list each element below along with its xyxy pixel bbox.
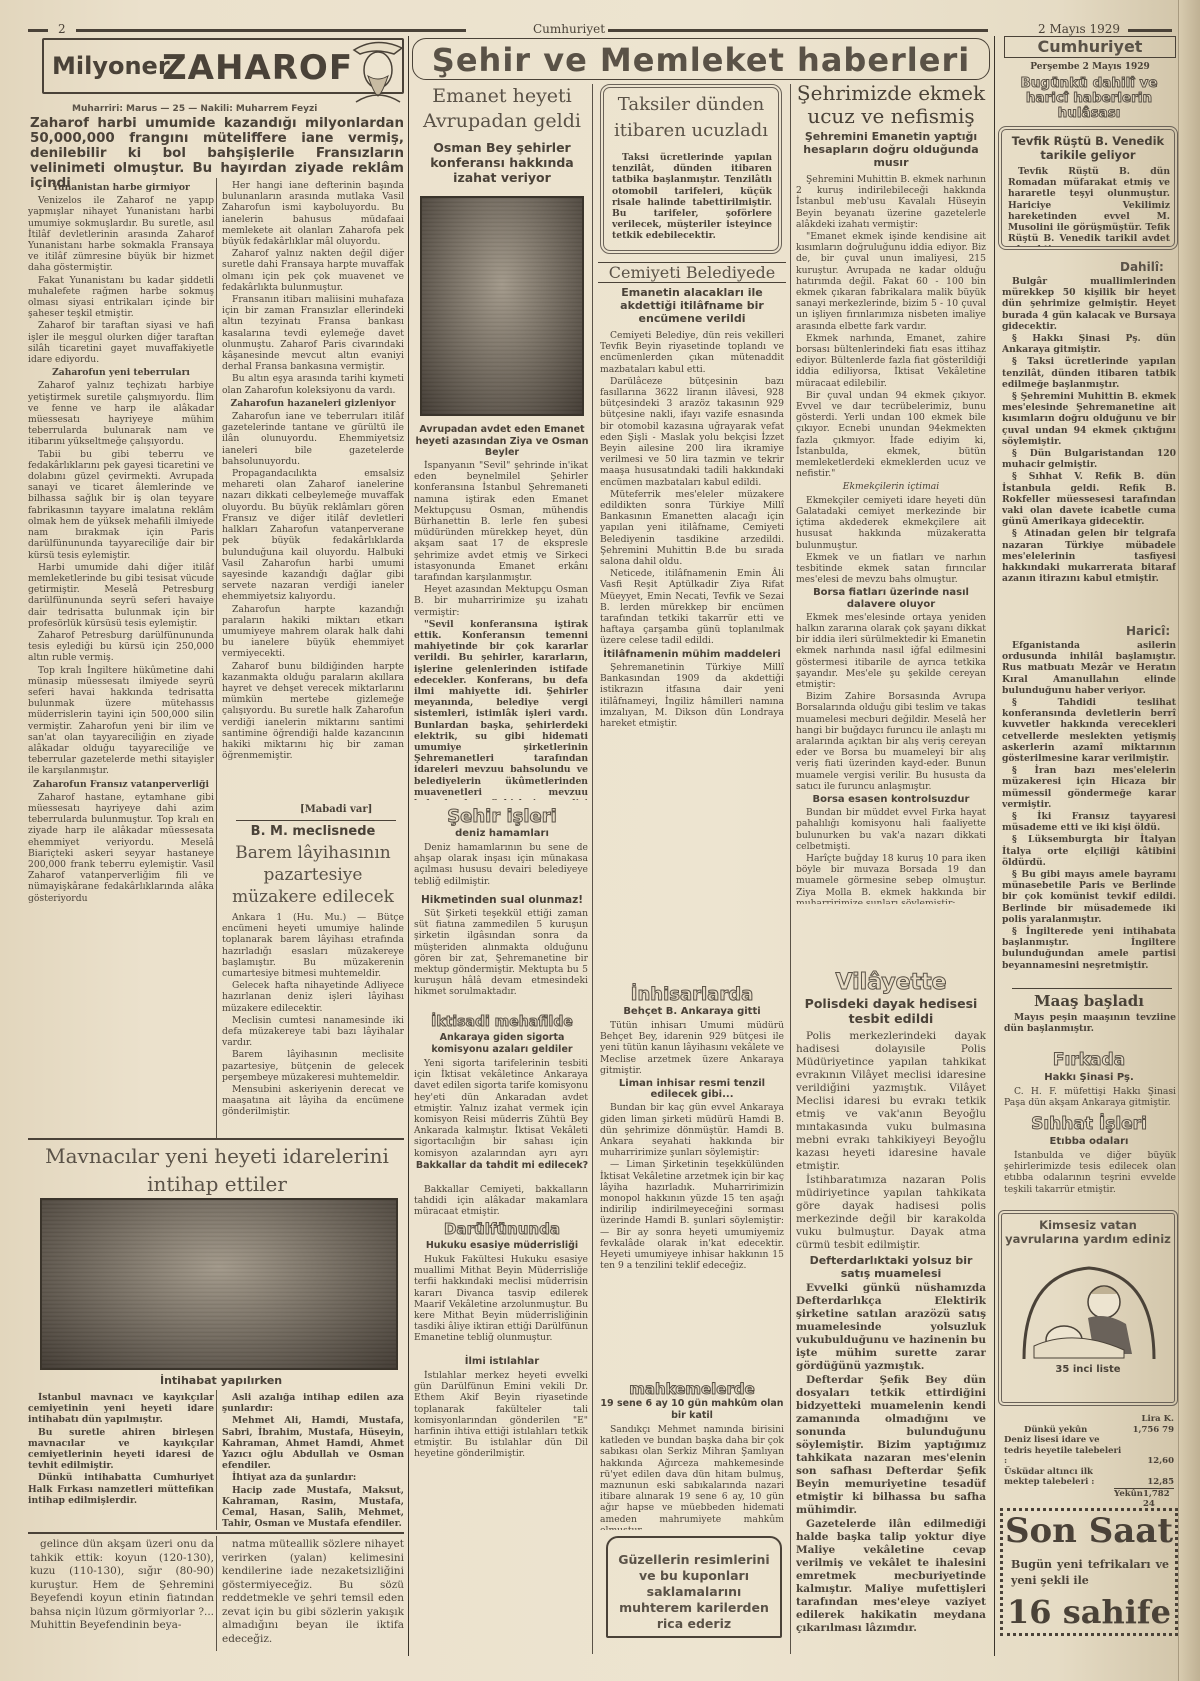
donation-total-row: Yekûn 1,782 24 xyxy=(1114,1488,1174,1510)
column-divider xyxy=(216,1536,217,1651)
donation-row: Deniz lisesi idare ve tedris heyetile ta… xyxy=(1004,1435,1174,1467)
ekmek-headline: Şehrimizde ekmek ucuz ve nefismiş xyxy=(794,82,988,128)
vilayette-body: Polis merkezlerindeki dayak hadisesi dol… xyxy=(796,1030,986,1650)
news-item: Bulgâr muallimlerinden mürekkep 50 kişil… xyxy=(1002,276,1176,332)
news-item: § Şehremini Muhittin B. ekmek mes'elesin… xyxy=(1002,391,1176,447)
tevfik-box: Tevfik Rüştü B. Venedik tarikile geliyor… xyxy=(998,126,1178,250)
paragraph: Bakkallar Cemiyeti, bakkalların tahdidi … xyxy=(414,1184,588,1218)
paragraph: Fransanın itibarı maliisini muhafaza içi… xyxy=(222,294,404,372)
running-header: 2 Cumhuriyet 2 Mayıs 1929 xyxy=(28,22,1172,38)
paragraph: Propagandacılıkta emsalsiz mehareti olan… xyxy=(222,468,404,602)
firkada-body: C. H. F. müfettişi Hakkı Şinasi Paşa dün… xyxy=(1004,1086,1176,1112)
bottom-left-column-1: gelince dün akşam üzeri onu da tahkik et… xyxy=(30,1538,214,1658)
emanet-subhead: Osman Bey şehirler konferansı hakkında i… xyxy=(414,140,590,185)
paragraph: Dünkü intihabatta Cumhuriyet Halk Fırkas… xyxy=(28,1472,214,1506)
paragraph: C. H. F. müfettişi Hakkı Şinasi Paşa dün… xyxy=(1004,1086,1176,1108)
subhead: Zaharofun hazaneleri gizleniyor xyxy=(222,398,404,409)
sidebar-title: Bugünkü dahilî ve haricî haberlerin hulâ… xyxy=(1000,76,1178,121)
barem-body: Ankara 1 (Hu. Mu.) — Bütçe encümeni heye… xyxy=(222,912,404,1138)
column-divider xyxy=(216,1390,217,1530)
paragraph: Gazetelerde ilân edilmediği halde başka … xyxy=(796,1518,986,1635)
ilmi-body: İstılahlar merkez heyeti evvelki gün Dar… xyxy=(414,1370,588,1480)
emanet-headline: Emanet heyeti Avrupadan geldi xyxy=(414,84,590,134)
vilayette-banner: Vilâyette xyxy=(794,970,988,995)
mavnacilar-left: İstanbul mavnacı ve kayıkçılar cemiyetin… xyxy=(28,1392,214,1532)
bakkallar-headline: Bakkallar da tahdit mi edilecek? xyxy=(414,1160,590,1171)
news-item: § Tahdidi teslihat konferansında devletl… xyxy=(1002,697,1176,764)
guzeller-coupon-box: Güzellerin resimlerini ve bu kuponları s… xyxy=(606,1536,782,1638)
reserve-list: Hacip zade Mustafa, Maksut, Kahraman, Ra… xyxy=(222,1485,404,1530)
barem-kicker: B. M. meclisnede xyxy=(222,824,404,839)
mother-child-illustration-icon xyxy=(1014,1254,1164,1364)
continued-note: [Mabadi var] xyxy=(300,804,372,815)
sehir-isleri-banner: Şehir işleri xyxy=(414,806,590,827)
divider xyxy=(28,1532,404,1534)
inhisar-banner: İnhisarlarda xyxy=(598,984,786,1005)
row-label: Üsküdar altıncı ilk mektep talebeleri : xyxy=(1004,1467,1124,1488)
paragraph: Deniz hamamlarının bu sene de ahşap olar… xyxy=(414,842,588,887)
paragraph: Defterdar Şefik Bey dün dosyaları tetkik… xyxy=(796,1374,986,1517)
paragraph: Gelecek hafta nihayetinde Adliyece hazır… xyxy=(222,980,404,1014)
tevfik-headline: Tevfik Rüştü B. Venedik tarikile geliyor xyxy=(1004,134,1172,162)
taksi-body: Taksi ücretlerinde yapılan tenzilât, dün… xyxy=(612,152,772,248)
sihhat-subhead: Etıbba odaları xyxy=(1000,1136,1178,1147)
paragraph: Bizim Zahire Borsasında Avrupa Borsaları… xyxy=(796,691,986,792)
kimsesiz-headline: Kimsesiz vatan yavrularına yardım ediniz xyxy=(1004,1218,1172,1246)
column-divider xyxy=(790,84,791,1654)
portrait-illustration-icon xyxy=(346,36,406,104)
sidebar-date: Perşembe 2 Mayıs 1929 xyxy=(1004,62,1176,72)
banner-large-text: ZAHAROF xyxy=(162,48,353,88)
hikmet-body: Süt Şirketi teşekkül ettiği zaman süt fi… xyxy=(414,908,588,1012)
inhisar-subhead: Behçet B. Ankaraya gitti xyxy=(598,1006,786,1017)
paragraph: Müteferrik mes'eleler müzakere edildikte… xyxy=(600,489,784,567)
paragraph: Zaharof bir taraftan siyasi ve hafi işle… xyxy=(28,320,214,365)
hikmet-headline: Hikmetinden sual olunmaz! xyxy=(414,894,590,906)
sihhat-banner: Sıhhat İşleri xyxy=(1000,1114,1178,1134)
paragraph: "Sevil konferansına iştirak ettik. Konfe… xyxy=(414,619,588,800)
paragraph: Süt Şirketi teşekkül ettiği zaman süt fi… xyxy=(414,908,588,998)
zaharof-column-2: Her hangi iane defterinin başında buluna… xyxy=(222,180,404,780)
mavnacilar-caption: İntihabat yapılırken xyxy=(160,1374,282,1387)
row-amount: 1,756 79 xyxy=(1133,1425,1174,1436)
paragraph: Neticede, itilâfnamenin Emin Âli Vasfi R… xyxy=(600,568,784,646)
son-saat-big: 16 sahife xyxy=(1003,1593,1175,1631)
donation-row: Dünkü yekûn 1,756 79 xyxy=(1004,1425,1174,1436)
paragraph: Bundan bir müddet evvel Fırka hayat paha… xyxy=(796,807,986,852)
taksi-box: Taksiler dünden itibaren ucuzladı Taksi … xyxy=(600,84,782,254)
news-item: § İki Fransız tayyaresi müsademe etti ve… xyxy=(1002,811,1176,833)
subhead: Borsa fiatları üzerinde nasıl dalavere o… xyxy=(796,587,986,609)
masthead-box: Cumhuriyet xyxy=(1004,36,1176,58)
mavnacilar-headline: Mavnacılar yeni heyeti idarelerini intih… xyxy=(40,1142,394,1198)
paragraph: Darülâceze bütçesinin bazı fasıllarına 3… xyxy=(600,376,784,488)
paragraph: Tütün inhisarı Umumi müdürü Behçet Bey, … xyxy=(600,1020,784,1076)
column-divider xyxy=(216,178,217,1138)
news-item: § Atinadan gelen bir telgrafa nazaran Tü… xyxy=(1002,528,1176,584)
column-divider xyxy=(592,84,593,1654)
paragraph: Zaharofun iane ve teberruları itilâf gaz… xyxy=(222,411,404,467)
paragraph: Ankara 1 (Hu. Mu.) — Bütçe encümeni heye… xyxy=(222,912,404,979)
paragraph: Ekmek mes'elesinde ortaya yeniden halkın… xyxy=(796,612,986,690)
harici-list: Efganistanda asilerin ordusunda inhilâl … xyxy=(1002,640,1176,980)
subhead: Zaharofun yeni teberruları xyxy=(28,367,214,378)
running-date: 2 Mayıs 1929 xyxy=(1038,22,1120,36)
subhead: Zaharofun Fransız vatanperverliği xyxy=(28,779,214,790)
paragraph: Her hangi iane defterinin başında buluna… xyxy=(222,180,404,247)
paragraph: Cemiyeti Belediye, dün reis vekilleri Te… xyxy=(600,330,784,375)
paragraph: Yeni sigorta tarifelerinin tesbiti için … xyxy=(414,1058,588,1158)
paragraph: Meclisin cumtesi nanamesinde iki defa mü… xyxy=(222,1015,404,1049)
paragraph: Fakat Yunanistanı bu kadar şiddetli muha… xyxy=(28,275,214,320)
son-saat-title: Son Saat xyxy=(1003,1511,1175,1551)
banner-small-text: Milyoner xyxy=(52,52,170,80)
paragraph: Heyet azasından Mektupçu Osman B. bir mu… xyxy=(414,584,588,618)
iktisadi-banner: İktisadi mehafilde xyxy=(414,1014,590,1030)
kimsesiz-box: Kimsesiz vatan yavrularına yardım ediniz… xyxy=(998,1210,1178,1406)
news-item: § Bu gibi mayıs amele bayramı münasebeti… xyxy=(1002,869,1176,925)
subhead: Ekmekçilerin içtimai xyxy=(796,481,986,492)
subhead: Borsa esasen kontrolsuzdur xyxy=(796,794,986,805)
paragraph: Ekmekçiler cemiyeti idare heyeti dün Gal… xyxy=(796,495,986,551)
paragraph: Tevfik Rüştü B. dün Romadan müfarakat et… xyxy=(1008,166,1170,246)
mavnacilar-right: Asli azalığa intihap edilen aza şunlardı… xyxy=(222,1392,404,1532)
darulfunun-body: Hukuk Fakültesi Hukuku esasiye muallimi … xyxy=(414,1254,588,1354)
son-saat-line: Bugün yeni tefrikaları ve yeni şekli ile xyxy=(1011,1557,1169,1589)
paragraph: Zaharof Petresburg darülfünununda tesis … xyxy=(28,630,214,664)
sehir-isleri-body: Deniz hamamlarının bu sene de ahşap olar… xyxy=(414,842,588,892)
paragraph: Hukuk Fakültesi Hukuku esasiye muallimi … xyxy=(414,1254,588,1344)
section-divider xyxy=(994,36,995,1656)
news-item: § Dün Bulgaristandan 120 muhacir gelmişt… xyxy=(1002,448,1176,470)
emanet-body: İspanyanın "Sevil" şehrinde in'ikat eden… xyxy=(414,460,588,800)
paragraph: Harîçte buğday 18 kuruş 10 para iken böy… xyxy=(796,853,986,904)
donation-row: Üsküdar altıncı ilk mektep talebeleri : … xyxy=(1004,1467,1174,1488)
sehir-banner-title: Şehir ve Memleket haberleri xyxy=(413,41,989,79)
bottom-left-column-2: natma müteallik sözlere nihayet verirken… xyxy=(222,1538,404,1658)
news-item: § Taksi ücretlerinde yapılan tenzilât, d… xyxy=(1002,356,1176,390)
dahili-list: Bulgâr muallimlerinden mürekkep 50 kişil… xyxy=(1002,276,1176,616)
paragraph: Polis merkezlerindeki dayak hadisesi dol… xyxy=(796,1030,986,1173)
zaharof-column-1: Yunanistan harbe girmiyor Venizelos ile … xyxy=(28,180,214,1090)
paragraph: Zaharofun harpte kazandığı paraların hak… xyxy=(222,604,404,660)
currency-header: Lira K. xyxy=(1004,1414,1174,1425)
zaharof-byline: Muharriri: Marus — 25 — Nakili: Muharrem… xyxy=(72,104,317,114)
paragraph: İstılahlar merkez heyeti evvelki gün Dar… xyxy=(414,1370,588,1460)
paragraph: Zaharof bunu bildiğinden harpte kazanmak… xyxy=(222,661,404,762)
mahkeme-subhead: 19 sene 6 ay 10 gün mahkûm olan bir kati… xyxy=(598,1398,786,1421)
iktisadi-body: Yeni sigorta tarifelerinin tesbiti için … xyxy=(414,1058,588,1158)
harici-label: Haricî: xyxy=(1126,624,1170,638)
paragraph: — Liman Şirketinin teşekkülünden İktisat… xyxy=(600,1159,784,1271)
news-item: § Lüksemburgta bir İtalyan İtalya orte e… xyxy=(1002,834,1176,868)
mavnacilar-photo xyxy=(40,1198,398,1370)
subhead: İtilâfnamenin mühim maddeleri xyxy=(600,649,784,660)
news-item: § İran bazı mes'elelerin müzakeresi için… xyxy=(1002,765,1176,810)
paragraph: Ekmek narhında, Emanet, zahire borsası b… xyxy=(796,333,986,389)
total-amount: 1,782 24 xyxy=(1143,1489,1174,1510)
cemiyet-body: Cemiyeti Belediye, dün reis vekilleri Te… xyxy=(600,330,784,730)
paragraph: Ekmek ve un fiatları ve narhın tesbitind… xyxy=(796,552,986,586)
donation-list-title: 35 inci liste xyxy=(1002,1364,1174,1375)
news-item: § İngilterede yeni intihabata başlanmışt… xyxy=(1002,926,1176,971)
son-saat-ad: Son Saat Bugün yeni tefrikaları ve yeni … xyxy=(1000,1508,1178,1636)
paragraph: Bundan bir kaç gün evvel Ankaraya giden … xyxy=(600,1102,784,1158)
running-paper-name: Cumhuriyet xyxy=(533,22,605,36)
row-amount: 12,85 xyxy=(1147,1477,1174,1488)
total-label: Yekûn xyxy=(1114,1489,1143,1510)
cemiyet-banner: Cemiyeti Belediyede xyxy=(598,262,786,283)
emanet-caption: Avrupadan avdet eden Emanet heyeti azası… xyxy=(414,424,590,459)
darulfunun-subhead: Hukuku esasiye müderrisliği xyxy=(414,1240,590,1251)
news-item: Efganistanda asilerin ordusunda inhilâl … xyxy=(1002,640,1176,696)
firkada-subhead: Hakkı Şinasi Pş. xyxy=(1000,1072,1178,1083)
ekmek-subhead: Şehremini Emanetin yaptığı hesapların do… xyxy=(794,130,988,169)
bakkallar-body: Bakkallar Cemiyeti, bakkalların tahdidi … xyxy=(414,1184,588,1220)
emanet-photo xyxy=(420,196,584,416)
section-divider xyxy=(408,36,409,1656)
maas-body: Mayıs peşin maaşının tevziine dün başlan… xyxy=(1004,1012,1176,1038)
donation-table: Lira K. Dünkü yekûn 1,756 79 Deniz lises… xyxy=(1004,1414,1174,1510)
paragraph: Bu suretle ahiren birleşen mavnacılar ve… xyxy=(28,1427,214,1472)
mahkeme-body: Sandıkçı Mehmet namında birisini katlede… xyxy=(600,1424,784,1530)
news-item: § Sıhhat V. Refik B. dün İstanbula geldi… xyxy=(1002,471,1176,527)
paragraph: Tabii bu gibi teberru ve fedakârlıkların… xyxy=(28,449,214,561)
firkada-banner: Fırkada xyxy=(1000,1050,1178,1070)
masthead-title: Cumhuriyet xyxy=(1005,37,1175,56)
paragraph: Taksi ücretlerinde yapılan tenzilât, dün… xyxy=(612,152,772,242)
darulfunun-banner: Darülfünunda xyxy=(414,1220,590,1238)
ilmi-banner: İlmi istılahlar xyxy=(414,1356,590,1367)
sehir-banner: Şehir ve Memleket haberleri xyxy=(412,38,990,80)
paragraph: İspanyanın "Sevil" şehrinde in'ikat eden… xyxy=(414,460,588,583)
paragraph: Barem lâyihasının meclisite pazartesiye,… xyxy=(222,1049,404,1083)
barem-headline: Barem lâyihasının pazartesiye müzakere e… xyxy=(222,842,404,908)
row-label: Deniz lisesi idare ve tedris heyetile ta… xyxy=(1004,1435,1124,1467)
paragraph: Evvelki günkü nüshamızda Defterdarlıkça … xyxy=(796,1282,986,1373)
paragraph: İstanbulda ve diğer büyük şehirlerimizde… xyxy=(1004,1150,1176,1195)
divider xyxy=(28,1138,404,1140)
page-number: 2 xyxy=(58,22,66,36)
paragraph: Şehremanetinin Türkiye Millî Bankasından… xyxy=(600,662,784,729)
paragraph: Top kralı İngiltere hükûmetine dahi müna… xyxy=(28,665,214,777)
paragraph: Zaharof yalnız teçhizatı harbiye yetişti… xyxy=(28,380,214,447)
sihhat-body: İstanbulda ve diğer büyük şehirlerimizde… xyxy=(1004,1150,1176,1198)
subhead: Defterdarlıktaki yolsuz bir satış muamel… xyxy=(796,1254,986,1280)
paragraph: Mayıs peşin maaşının tevziine dün başlan… xyxy=(1004,1012,1176,1034)
mahkeme-banner: mahkemelerde xyxy=(598,1380,786,1398)
row-amount: 12,60 xyxy=(1147,1456,1174,1467)
newspaper-page: 2 Cumhuriyet 2 Mayıs 1929 Milyoner ZAHAR… xyxy=(0,0,1200,1681)
paragraph: Harbi umumide dahi diğer itilâf memleket… xyxy=(28,562,214,629)
paragraph: Şehremini Muhittin B. ekmek narhının 2 k… xyxy=(796,174,986,230)
paragraph: Zaharof hastane, eytamhane gibi müessesa… xyxy=(28,792,214,904)
row-label: Dünkü yekûn xyxy=(1004,1425,1087,1436)
divider xyxy=(236,820,396,821)
paragraph: natma müteallik sözlere nihayet verirken… xyxy=(222,1538,404,1646)
paragraph: Bir çuval undan 94 ekmek çıkıyor. Evvel … xyxy=(796,390,986,480)
paragraph: İstihbaratımıza nazaran Polis müdiriyeti… xyxy=(796,1174,986,1252)
news-item: § Hakkı Şinasi Pş. dün Ankaraya gitmişti… xyxy=(1002,333,1176,355)
cemiyet-subhead: Emanetin alacakları ile akdettiği itilâf… xyxy=(598,286,786,325)
iktisadi-subhead: Ankaraya giden sigorta komisyonu azaları… xyxy=(414,1032,590,1055)
vilayette-subhead: Polisdeki dayak hedisesi tesbit edildi xyxy=(794,996,988,1026)
divider xyxy=(1012,988,1172,989)
paragraph: Zaharof yalnız nakten değil diğer suretl… xyxy=(222,248,404,293)
maas-headline: Maaş başladı xyxy=(1000,992,1178,1010)
dahili-label: Dahilî: xyxy=(1120,260,1164,274)
paragraph: Asli azalığa intihap edilen aza şunlardı… xyxy=(222,1392,404,1414)
inhisar-body: Tütün inhisarı Umumi müdürü Behçet Bey, … xyxy=(600,1020,784,1350)
paragraph: Sandıkçı Mehmet namında birisini katlede… xyxy=(600,1424,784,1530)
subhead: Liman inhisar resmi tenzil edilecek gibi… xyxy=(600,1078,784,1100)
guzeller-text: Güzellerin resimlerini ve bu kuponları s… xyxy=(612,1552,776,1632)
sehir-isleri-subhead: deniz hamamları xyxy=(414,828,590,839)
paragraph: İstanbul mavnacı ve kayıkçılar cemiyetin… xyxy=(28,1392,214,1426)
subhead: Yunanistan harbe girmiyor xyxy=(28,182,214,193)
paragraph: Mensubini askeriyenin derecat ve maaşatı… xyxy=(222,1084,404,1118)
paragraph: Venizelos ile Zaharof ne yapıp yapmışlar… xyxy=(28,195,214,273)
ekmek-body: Şehremini Muhittin B. ekmek narhının 2 k… xyxy=(796,174,986,904)
paragraph: Bu altın eşya arasında tarihi kıymeti ol… xyxy=(222,373,404,395)
member-list: Mehmet Ali, Hamdi, Mustafa, Sabri, İbrah… xyxy=(222,1415,404,1471)
zaharof-banner: Milyoner ZAHAROF xyxy=(42,38,404,94)
paragraph: gelince dün akşam üzeri onu da tahkik et… xyxy=(30,1538,214,1633)
adjacent-page-edge xyxy=(1178,0,1200,1681)
tevfik-body: Tevfik Rüştü B. dün Romadan müfarakat et… xyxy=(1008,166,1170,246)
taksi-headline: Taksiler dünden itibaren ucuzladı xyxy=(608,92,774,144)
paragraph: İhtiyat aza da şunlardır: xyxy=(222,1472,404,1483)
paragraph: "Emanet ekmek işinde kendisine ait kısım… xyxy=(796,231,986,332)
